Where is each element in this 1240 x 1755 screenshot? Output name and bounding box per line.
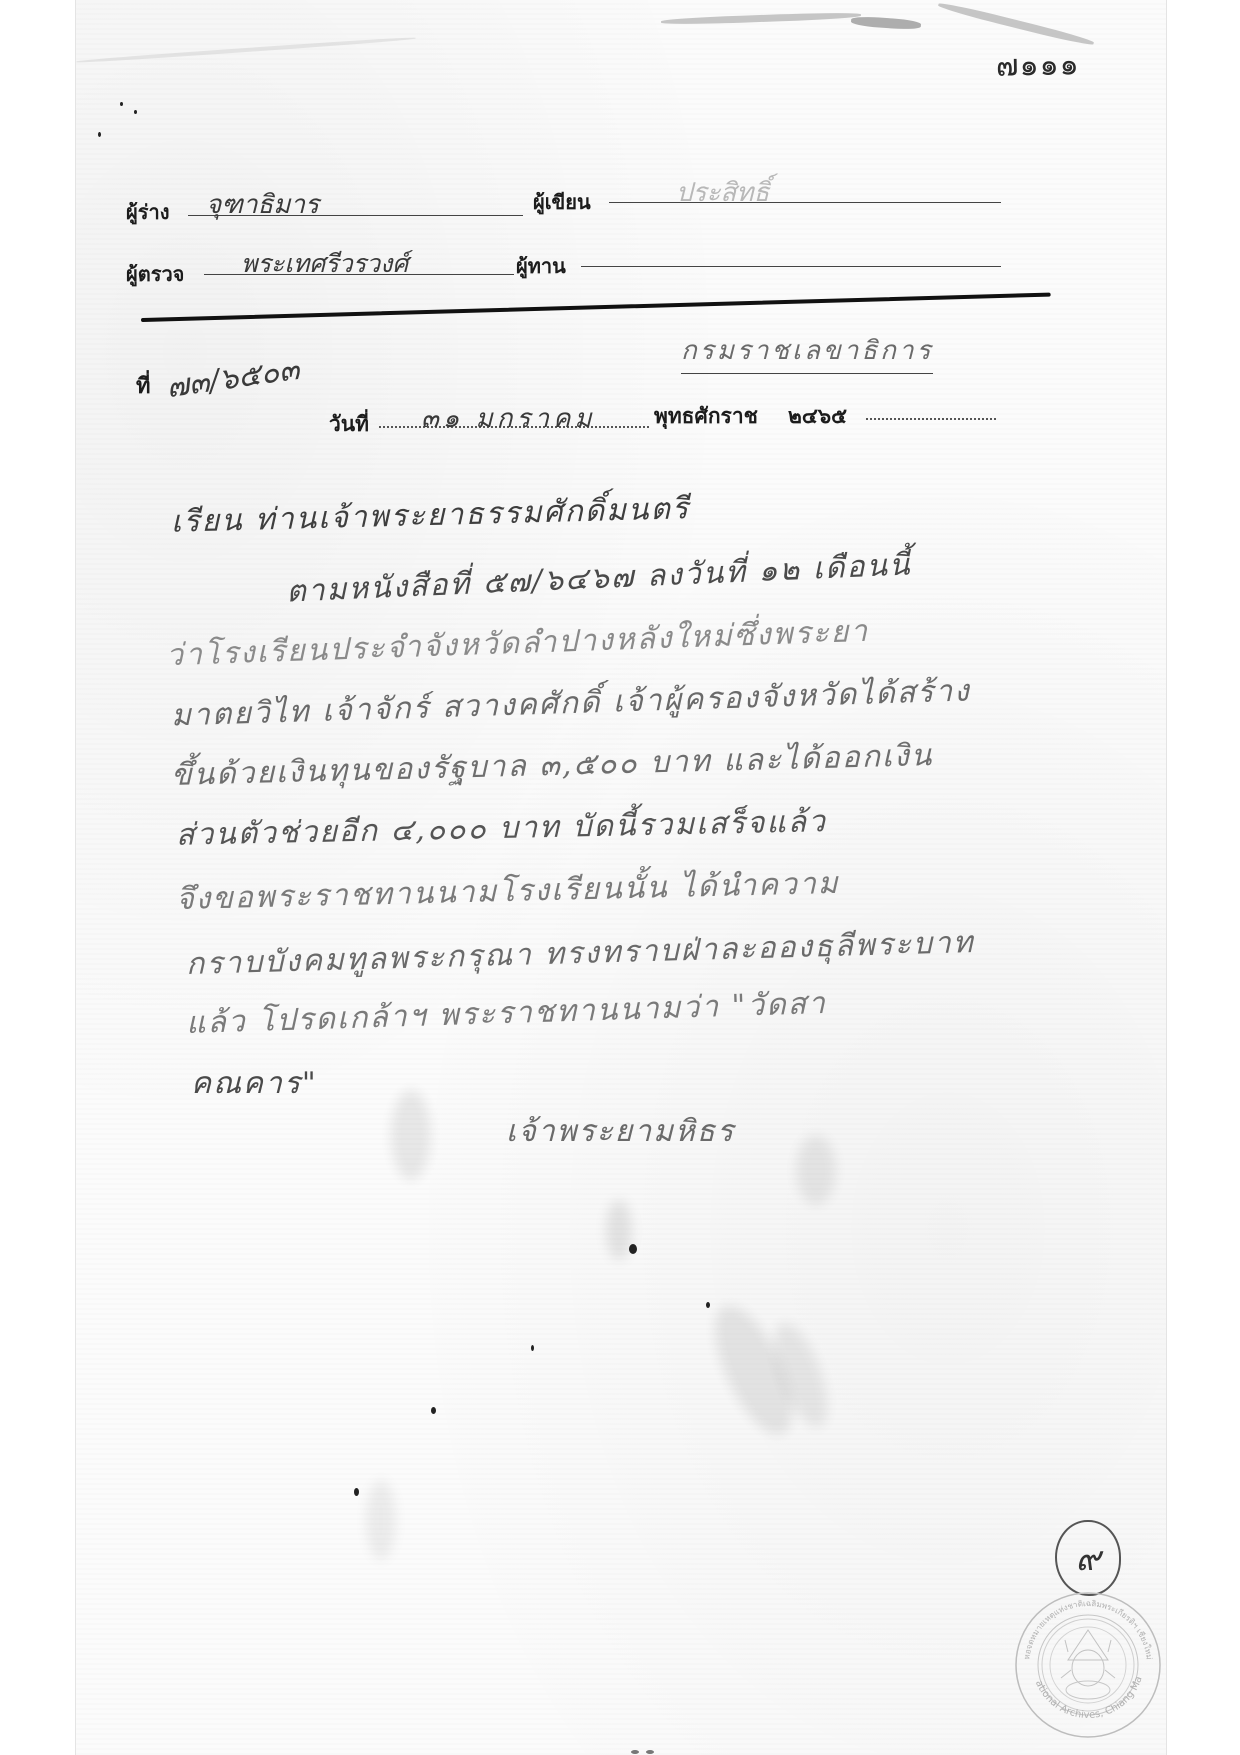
body-line: แล้ว โปรดเกล้าฯ พระราชทานนามว่า "วัดสา xyxy=(185,980,827,1047)
year-label: พุทธศักราช xyxy=(654,400,758,433)
ink-dot xyxy=(646,1750,654,1754)
scan-smudge xyxy=(606,1200,632,1260)
ref-label: ที่ xyxy=(136,368,151,403)
body-line: มาตยวิไท เจ้าจักร์ สวางคศักดิ์ เจ้าผู้คร… xyxy=(170,667,971,739)
scan-smudge xyxy=(366,1480,396,1560)
ink-dot xyxy=(134,110,137,114)
reviewer-value: พระเทศรีวรวงศ์ xyxy=(241,244,408,284)
body-line: ว่าโรงเรียนประจำจังหวัดลำปางหลังใหม่ซึ่ง… xyxy=(165,608,869,680)
writer-label: ผู้เขียน xyxy=(533,186,591,218)
ink-dot xyxy=(629,1244,637,1254)
page-edge-mark xyxy=(661,12,861,26)
date-value: ๓๑ มกราคม xyxy=(421,398,596,439)
scan-smudge xyxy=(796,1135,836,1205)
archive-stamp-icon: หอจดหมายเหตุแห่งชาติเฉลิมพระเกียรติฯ เชี… xyxy=(1013,1590,1163,1740)
signature: เจ้าพระยามหิธร xyxy=(506,1108,735,1155)
body-line: คณคาร" xyxy=(191,1060,318,1107)
ink-dot xyxy=(631,1750,639,1754)
form-separator xyxy=(141,293,1051,322)
body-line: จึงขอพระราชทานนามโรงเรียนนั้น ได้นำความ xyxy=(176,860,841,923)
department-name: กรมราชเลขาธิการ xyxy=(681,330,933,374)
year-value: ๒๔๖๕ xyxy=(788,400,847,433)
archive-number: ๗๑๑๑ xyxy=(996,41,1080,89)
reviewer-label: ผู้ตรวจ xyxy=(126,258,184,290)
body-line: ส่วนตัวช่วยอีก ๔,๐๐๐ บาท บัดนี้รวมเสร็จแ… xyxy=(176,798,828,859)
page-edge-mark xyxy=(851,16,922,31)
page-edge-mark xyxy=(937,1,1094,47)
ink-dot xyxy=(120,102,123,106)
circled-page-number: ๙ xyxy=(1055,1520,1121,1596)
document-page: ๗๑๑๑ ผู้ร่าง จุฑาธิมาร ผู้เขียน ประสิทธิ… xyxy=(75,0,1167,1755)
ink-dot xyxy=(354,1488,359,1496)
body-line: เรียน ท่านเจ้าพระยาธรรมศักดิ์มนตรี xyxy=(170,485,690,546)
proofreader-line xyxy=(581,266,1001,267)
scan-smudge xyxy=(391,1090,431,1180)
proofreader-label: ผู้ทาน xyxy=(516,250,566,282)
year-line xyxy=(866,418,996,420)
body-line: ขึ้นด้วยเงินทุนของรัฐบาล ๓,๕๐๐ บาท และได… xyxy=(171,732,934,799)
drafter-value: จุฑาธิมาร xyxy=(206,184,319,225)
ink-dot xyxy=(98,132,101,137)
body-line: กราบบังคมทูลพระกรุณา ทรงทราบฝ่าละอองธุลี… xyxy=(185,919,975,988)
drafter-label: ผู้ร่าง xyxy=(126,196,169,228)
writer-value: ประสิทธิ์ xyxy=(676,172,769,213)
body-line: ตามหนังสือที่ ๕๗/๖๔๖๗ ลงวันที่ ๑๒ เดือนน… xyxy=(285,541,912,615)
page-edge-mark xyxy=(76,36,415,64)
ink-dot xyxy=(431,1407,436,1414)
date-label: วันที่ xyxy=(329,408,369,441)
ink-dot xyxy=(531,1345,534,1351)
writer-line xyxy=(609,202,1001,203)
ink-dot xyxy=(706,1302,710,1308)
ref-value: ๗๓/๖๕๐๓ xyxy=(163,346,302,411)
